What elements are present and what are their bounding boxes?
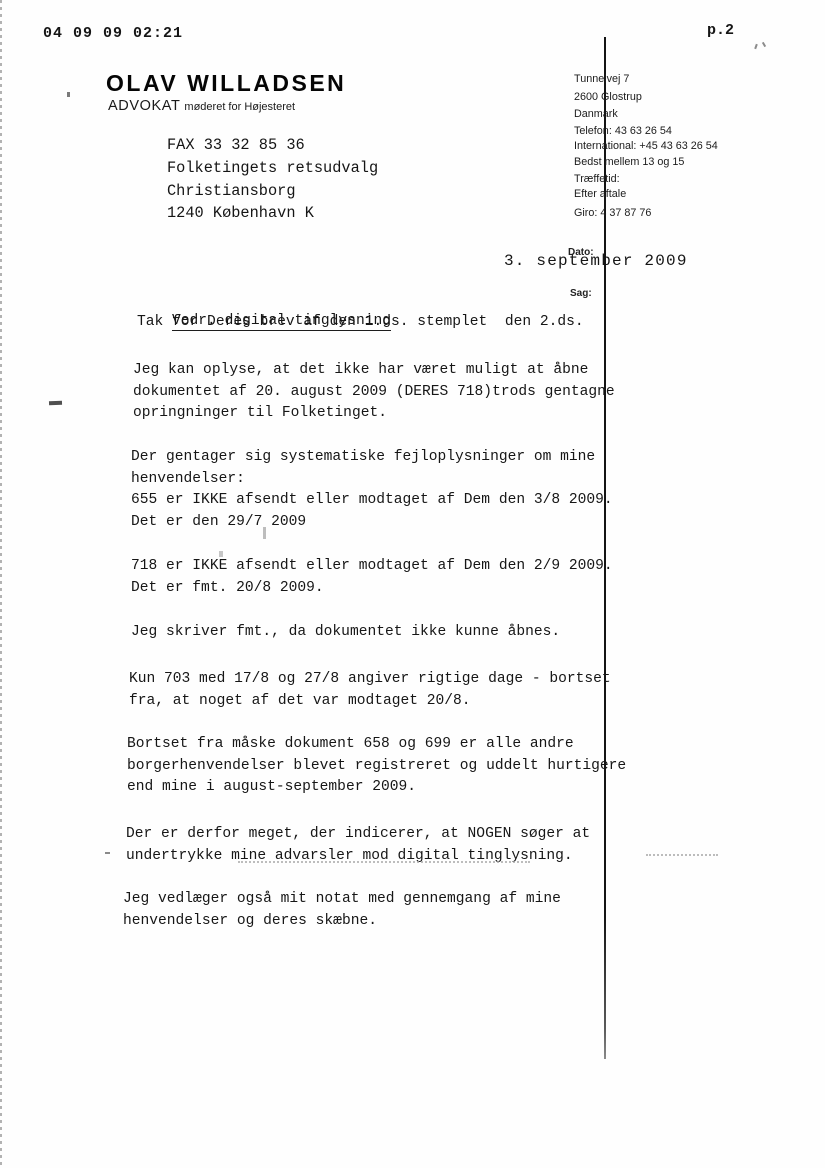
letter-paragraph: Jeg vedlæger også mit notat med gennemga… bbox=[123, 889, 561, 932]
letterhead-title-suffix: møderet for Højesteret bbox=[184, 101, 295, 113]
letter-paragraph: Jeg kan oplyse, at det ikke har været mu… bbox=[133, 360, 615, 425]
letter-paragraph: Kun 703 med 17/8 og 27/8 angiver rigtige… bbox=[129, 669, 611, 712]
fax-page: 04 09 09 02:21 p.2 OLAV WILLADSEN ADVOKA… bbox=[0, 0, 825, 1168]
letter-paragraph: Tak for Deres brev af den 1.ds. stemplet… bbox=[137, 312, 584, 334]
letterhead-title-main: ADVOKAT bbox=[108, 98, 180, 114]
scan-artifact bbox=[67, 92, 70, 97]
scan-artifact bbox=[263, 527, 266, 539]
letter-paragraph: 718 er IKKE afsendt eller modtaget af De… bbox=[131, 556, 613, 599]
scan-artifact bbox=[105, 852, 110, 854]
fax-timestamp: 04 09 09 02:21 bbox=[43, 25, 183, 42]
scan-artifact bbox=[238, 861, 530, 863]
scan-artifact bbox=[219, 551, 223, 557]
letter-paragraph: Jeg skriver fmt., da dokumentet ikke kun… bbox=[131, 622, 560, 644]
scan-artifact bbox=[646, 854, 718, 856]
letterhead-phone: Telefon: 43 63 26 54 International: +45 … bbox=[574, 124, 718, 170]
letterhead-address: Tunnelvej 7 2600 Glostrup Danmark bbox=[574, 71, 642, 124]
scan-artifact bbox=[754, 44, 758, 49]
recipient-address: FAX 33 32 85 36 Folketingets retsudvalg … bbox=[167, 134, 378, 225]
letter-paragraph: Bortset fra måske dokument 658 og 699 er… bbox=[127, 734, 626, 799]
letterhead-giro: Giro: 4 37 87 76 bbox=[574, 206, 651, 221]
letter-date: 3. september 2009 bbox=[504, 252, 688, 270]
letter-paragraph: Der gentager sig systematiske fejloplysn… bbox=[131, 447, 613, 533]
scan-edge-artifact bbox=[0, 0, 2, 1168]
scan-artifact bbox=[762, 42, 766, 47]
scan-artifact bbox=[49, 401, 62, 405]
letterhead-title: ADVOKATmøderet for Højesteret bbox=[108, 97, 295, 115]
letterhead-name: OLAV WILLADSEN bbox=[106, 70, 346, 97]
case-label: Sag: bbox=[570, 288, 592, 299]
letterhead-office-hours: Træffetid: Efter aftale bbox=[574, 172, 626, 203]
fax-page-number: p.2 bbox=[707, 22, 734, 39]
